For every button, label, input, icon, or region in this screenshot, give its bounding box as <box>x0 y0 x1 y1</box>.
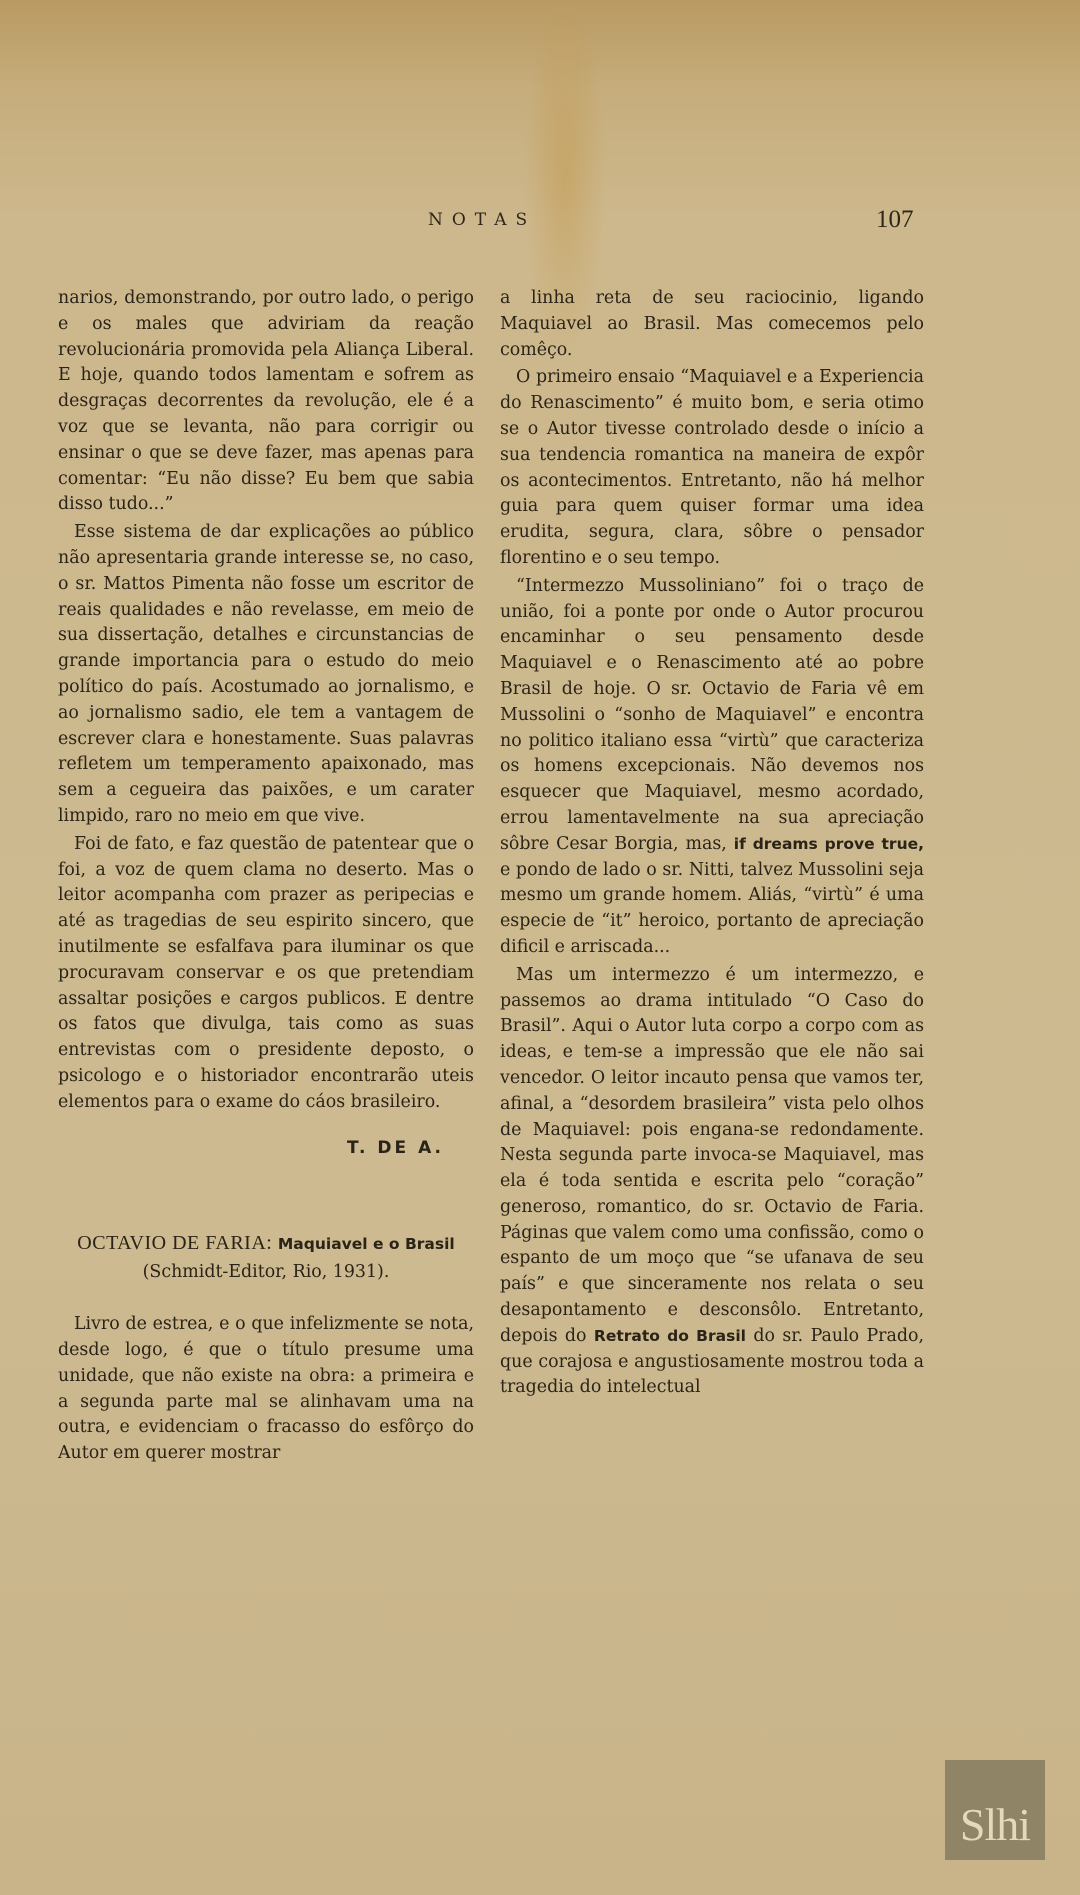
page-number: 107 <box>876 206 914 234</box>
review-publication-info: (Schmidt-Editor, Rio, 1931). <box>143 1262 390 1282</box>
review-author: OCTAVIO DE FARIA: <box>77 1232 272 1254</box>
right-column: a linha reta de seu raciocinio, ligando … <box>500 286 924 1401</box>
paragraph: O primeiro ensaio “Maquiavel e a Experie… <box>500 365 924 571</box>
watermark-logo: Slhi <box>945 1760 1045 1860</box>
paragraph: Mas um intermezzo é um intermezzo, e pas… <box>500 963 924 1402</box>
book-title-reference: Retrato do Brasil <box>594 1327 746 1345</box>
emphasized-phrase: if dreams prove true, <box>734 835 924 853</box>
document-page: NOTAS 107 narios, demonstrando, por outr… <box>0 0 1080 1895</box>
paragraph-text: e pondo de lado o sr. Nitti, talvez Muss… <box>500 860 924 957</box>
paragraph-text: “Intermezzo Mussoliniano” foi o traço de… <box>500 576 924 854</box>
paragraph: “Intermezzo Mussoliniano” foi o traço de… <box>500 574 924 961</box>
review-book-title: Maquiavel e o Brasil <box>278 1235 455 1253</box>
left-column: narios, demonstrando, por outro lado, o … <box>58 286 474 1467</box>
paragraph: narios, demonstrando, por outro lado, o … <box>58 286 474 518</box>
paragraph: Foi de fato, e faz questão de patentear … <box>58 832 474 1116</box>
paragraph: Esse sistema de dar explicações ao públi… <box>58 520 474 830</box>
watermark-logo-text: Slhi <box>960 1802 1030 1860</box>
review-heading: OCTAVIO DE FARIA: Maquiavel e o Brasil (… <box>58 1229 474 1286</box>
author-signature: T. DE A. <box>58 1136 474 1162</box>
running-head: NOTAS <box>428 210 536 230</box>
paragraph-text: Mas um intermezzo é um intermezzo, e pas… <box>500 965 924 1346</box>
paragraph: a linha reta de seu raciocinio, ligando … <box>500 286 924 363</box>
paragraph: Livro de estrea, e o que infelizmente se… <box>58 1312 474 1467</box>
